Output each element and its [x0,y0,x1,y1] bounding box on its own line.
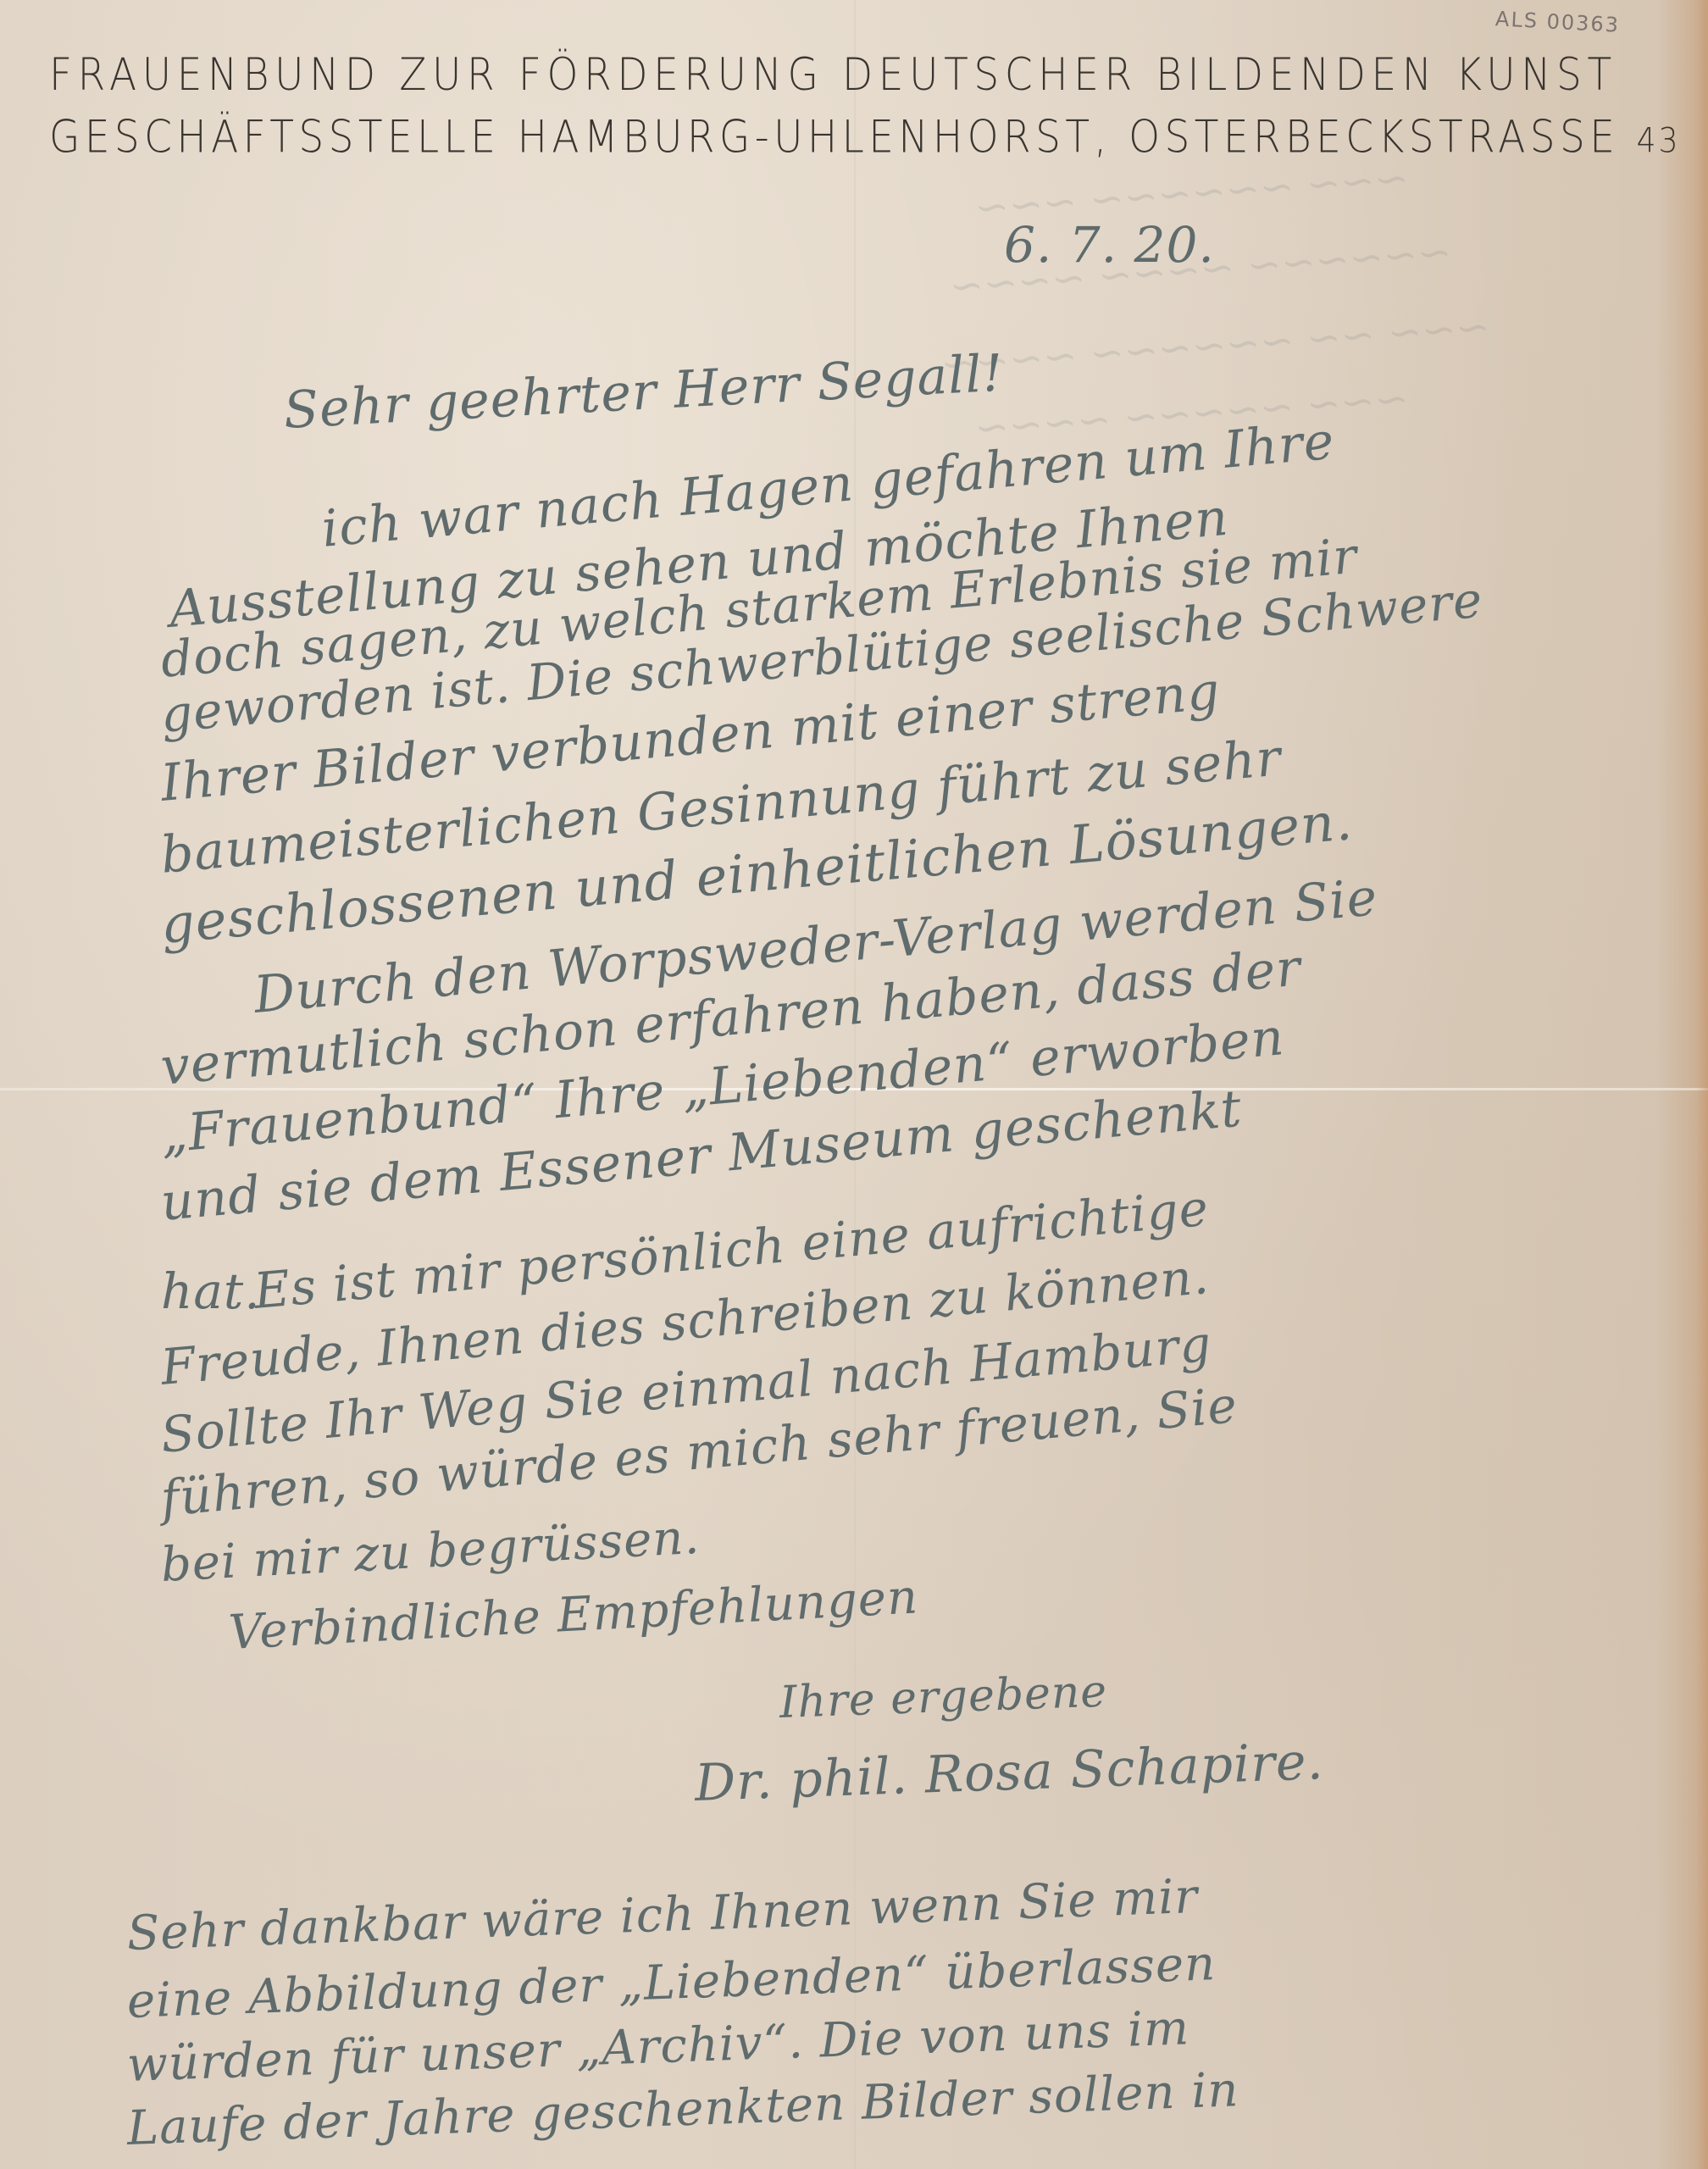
letterhead: FRAUENBUND ZUR FÖRDERUNG DEUTSCHER BILDE… [49,44,1676,173]
body-line: hat. [161,1262,261,1320]
letterhead-address: GESCHÄFTSSTELLE HAMBURG-UHLENHORST, OSTE… [49,107,1676,173]
salutation: Sehr geehrter Herr Segall! [282,344,1005,441]
signature: Dr. phil. Rosa Schapire. [694,1732,1325,1813]
valediction: Ihre ergebene [779,1667,1108,1728]
letterhead-house-number: 43 [1637,122,1681,161]
letter-page: ~~~ ~~~~~~ ~~~ ~~~~~~ ~~~~ ~~~~ ~~~ ~~ ~… [0,0,1708,2169]
archive-number: ALS 00363 [1494,7,1620,37]
paper-edge-stain [1696,0,1708,2169]
letterhead-organization: FRAUENBUND ZUR FÖRDERUNG DEUTSCHER BILDE… [49,44,1676,107]
bleed-through-text: ~~~ ~~ ~~~~~~ ~~~~ [940,302,1491,388]
letter-date: 6. 7. 20. [1004,216,1215,274]
letterhead-address-street: GESCHÄFTSSTELLE HAMBURG-UHLENHORST, OSTE… [49,112,1619,164]
body-line: bei mir zu begrüssen. [159,1510,701,1593]
